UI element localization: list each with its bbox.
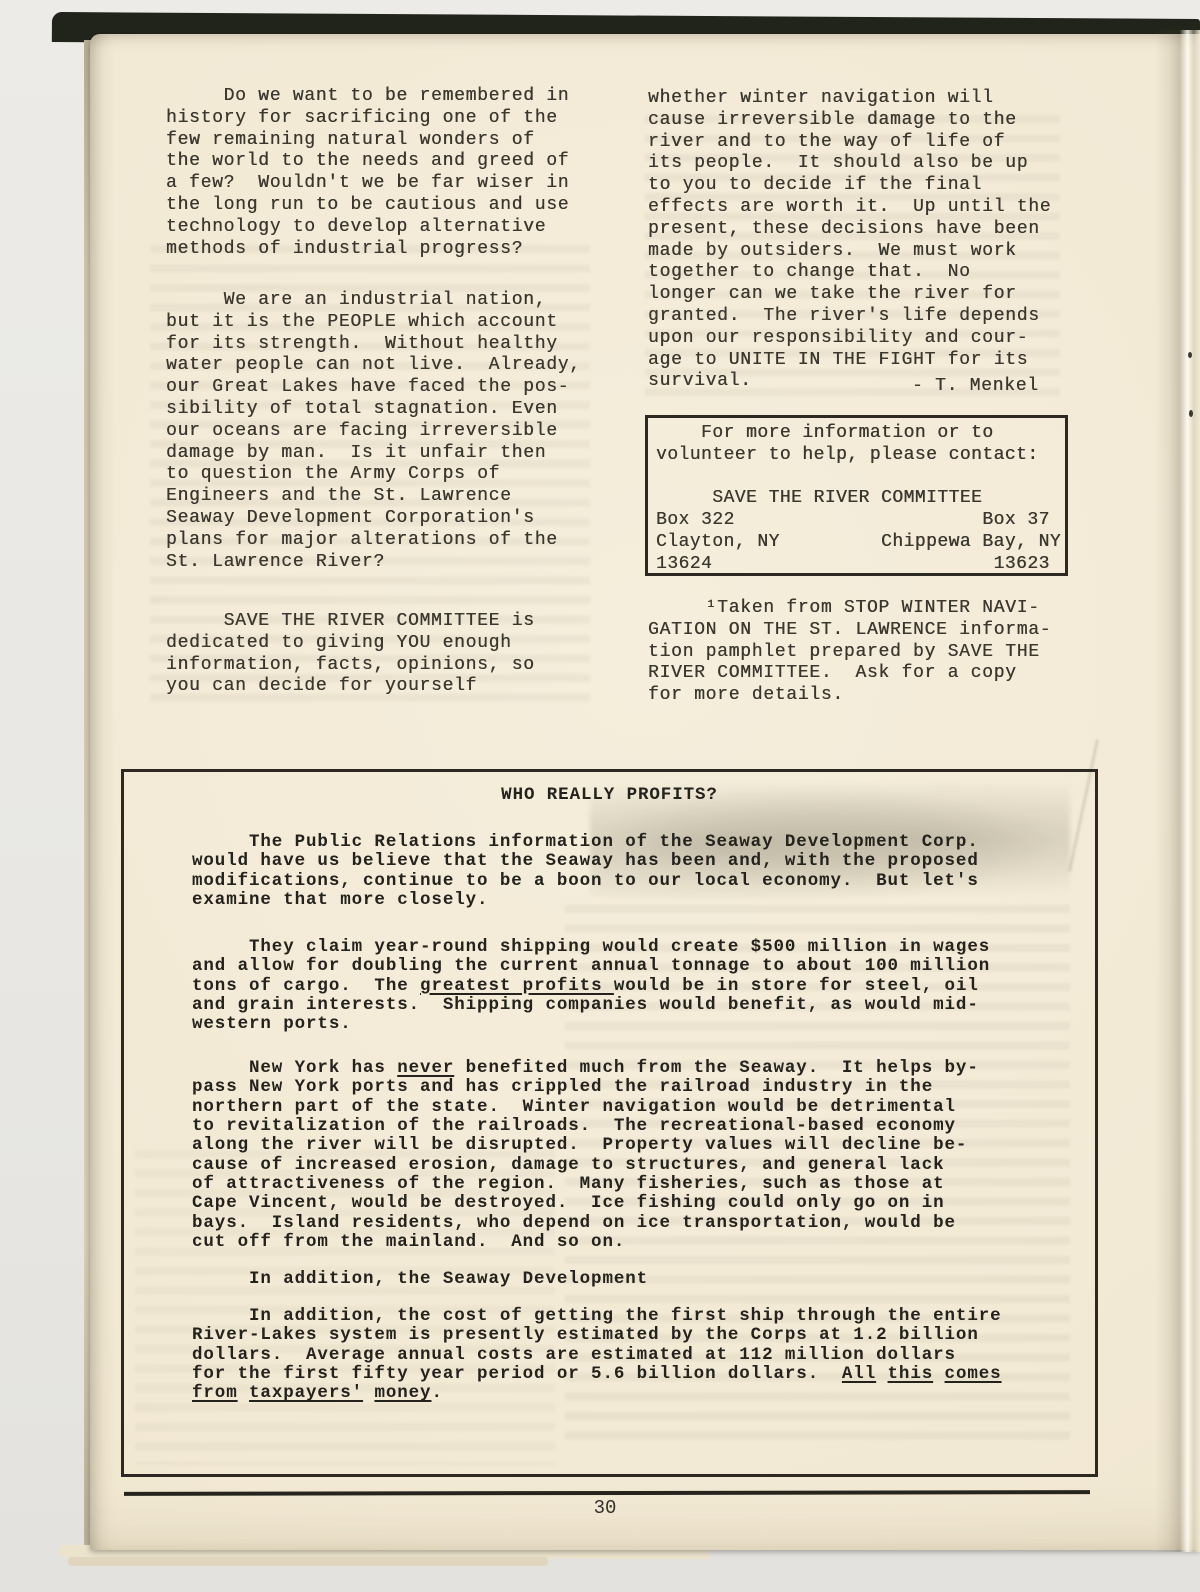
- underlined-text: All: [842, 1364, 876, 1384]
- text-segment: [238, 1383, 249, 1403]
- underlined-text: this: [888, 1364, 934, 1384]
- box-title: WHO REALLY PROFITS?: [124, 786, 1095, 805]
- box-paragraph-1: The Public Relations information of the …: [192, 833, 979, 910]
- scan-speck: [1188, 352, 1192, 358]
- text-segment: [363, 1383, 374, 1403]
- underlined-text: comes: [945, 1364, 1002, 1384]
- scanned-newsletter-page: Do we want to be remembered in history f…: [0, 0, 1200, 1592]
- signature: - T. Menkel: [912, 376, 1039, 398]
- left-column-paragraph-2: We are an industrial nation, but it is t…: [166, 290, 581, 573]
- text-segment: New York has: [192, 1058, 397, 1078]
- footnote: ¹Taken from STOP WINTER NAVI- GATION ON …: [648, 598, 1051, 707]
- underlined-text: from: [192, 1383, 238, 1403]
- box-paragraph-5: In addition, the cost of getting the fir…: [192, 1307, 1002, 1404]
- left-column-paragraph-3: SAVE THE RIVER COMMITTEE is dedicated to…: [166, 611, 535, 698]
- box-paragraph-4: In addition, the Seaway Development: [192, 1270, 648, 1289]
- who-really-profits-box: WHO REALLY PROFITS? The Public Relations…: [121, 769, 1098, 1477]
- left-column-paragraph-1: Do we want to be remembered in history f…: [166, 86, 569, 260]
- box-paragraph-2: They claim year-round shipping would cre…: [192, 938, 990, 1035]
- text-segment: [876, 1364, 887, 1384]
- contact-info-text: For more information or to volunteer to …: [648, 418, 1065, 581]
- underlined-text: taxpayers': [249, 1383, 363, 1403]
- underlined-text: greatest profits: [420, 976, 614, 996]
- right-column-paragraph-1: whether winter navigation will cause irr…: [648, 88, 1051, 393]
- underlined-text: money: [374, 1383, 431, 1403]
- box-paragraph-3: New York has never benefited much from t…: [192, 1059, 979, 1252]
- text-segment: .: [431, 1383, 442, 1403]
- contact-info-box: For more information or to volunteer to …: [645, 415, 1068, 576]
- text-segment: benefited much from the Seaway. It helps…: [192, 1058, 979, 1252]
- scan-speck: [1189, 410, 1193, 417]
- page-stack-bottom-edge: [68, 1557, 548, 1566]
- page-number: 30: [545, 1497, 665, 1519]
- text-segment: [933, 1364, 944, 1384]
- underlined-text: never: [397, 1058, 454, 1078]
